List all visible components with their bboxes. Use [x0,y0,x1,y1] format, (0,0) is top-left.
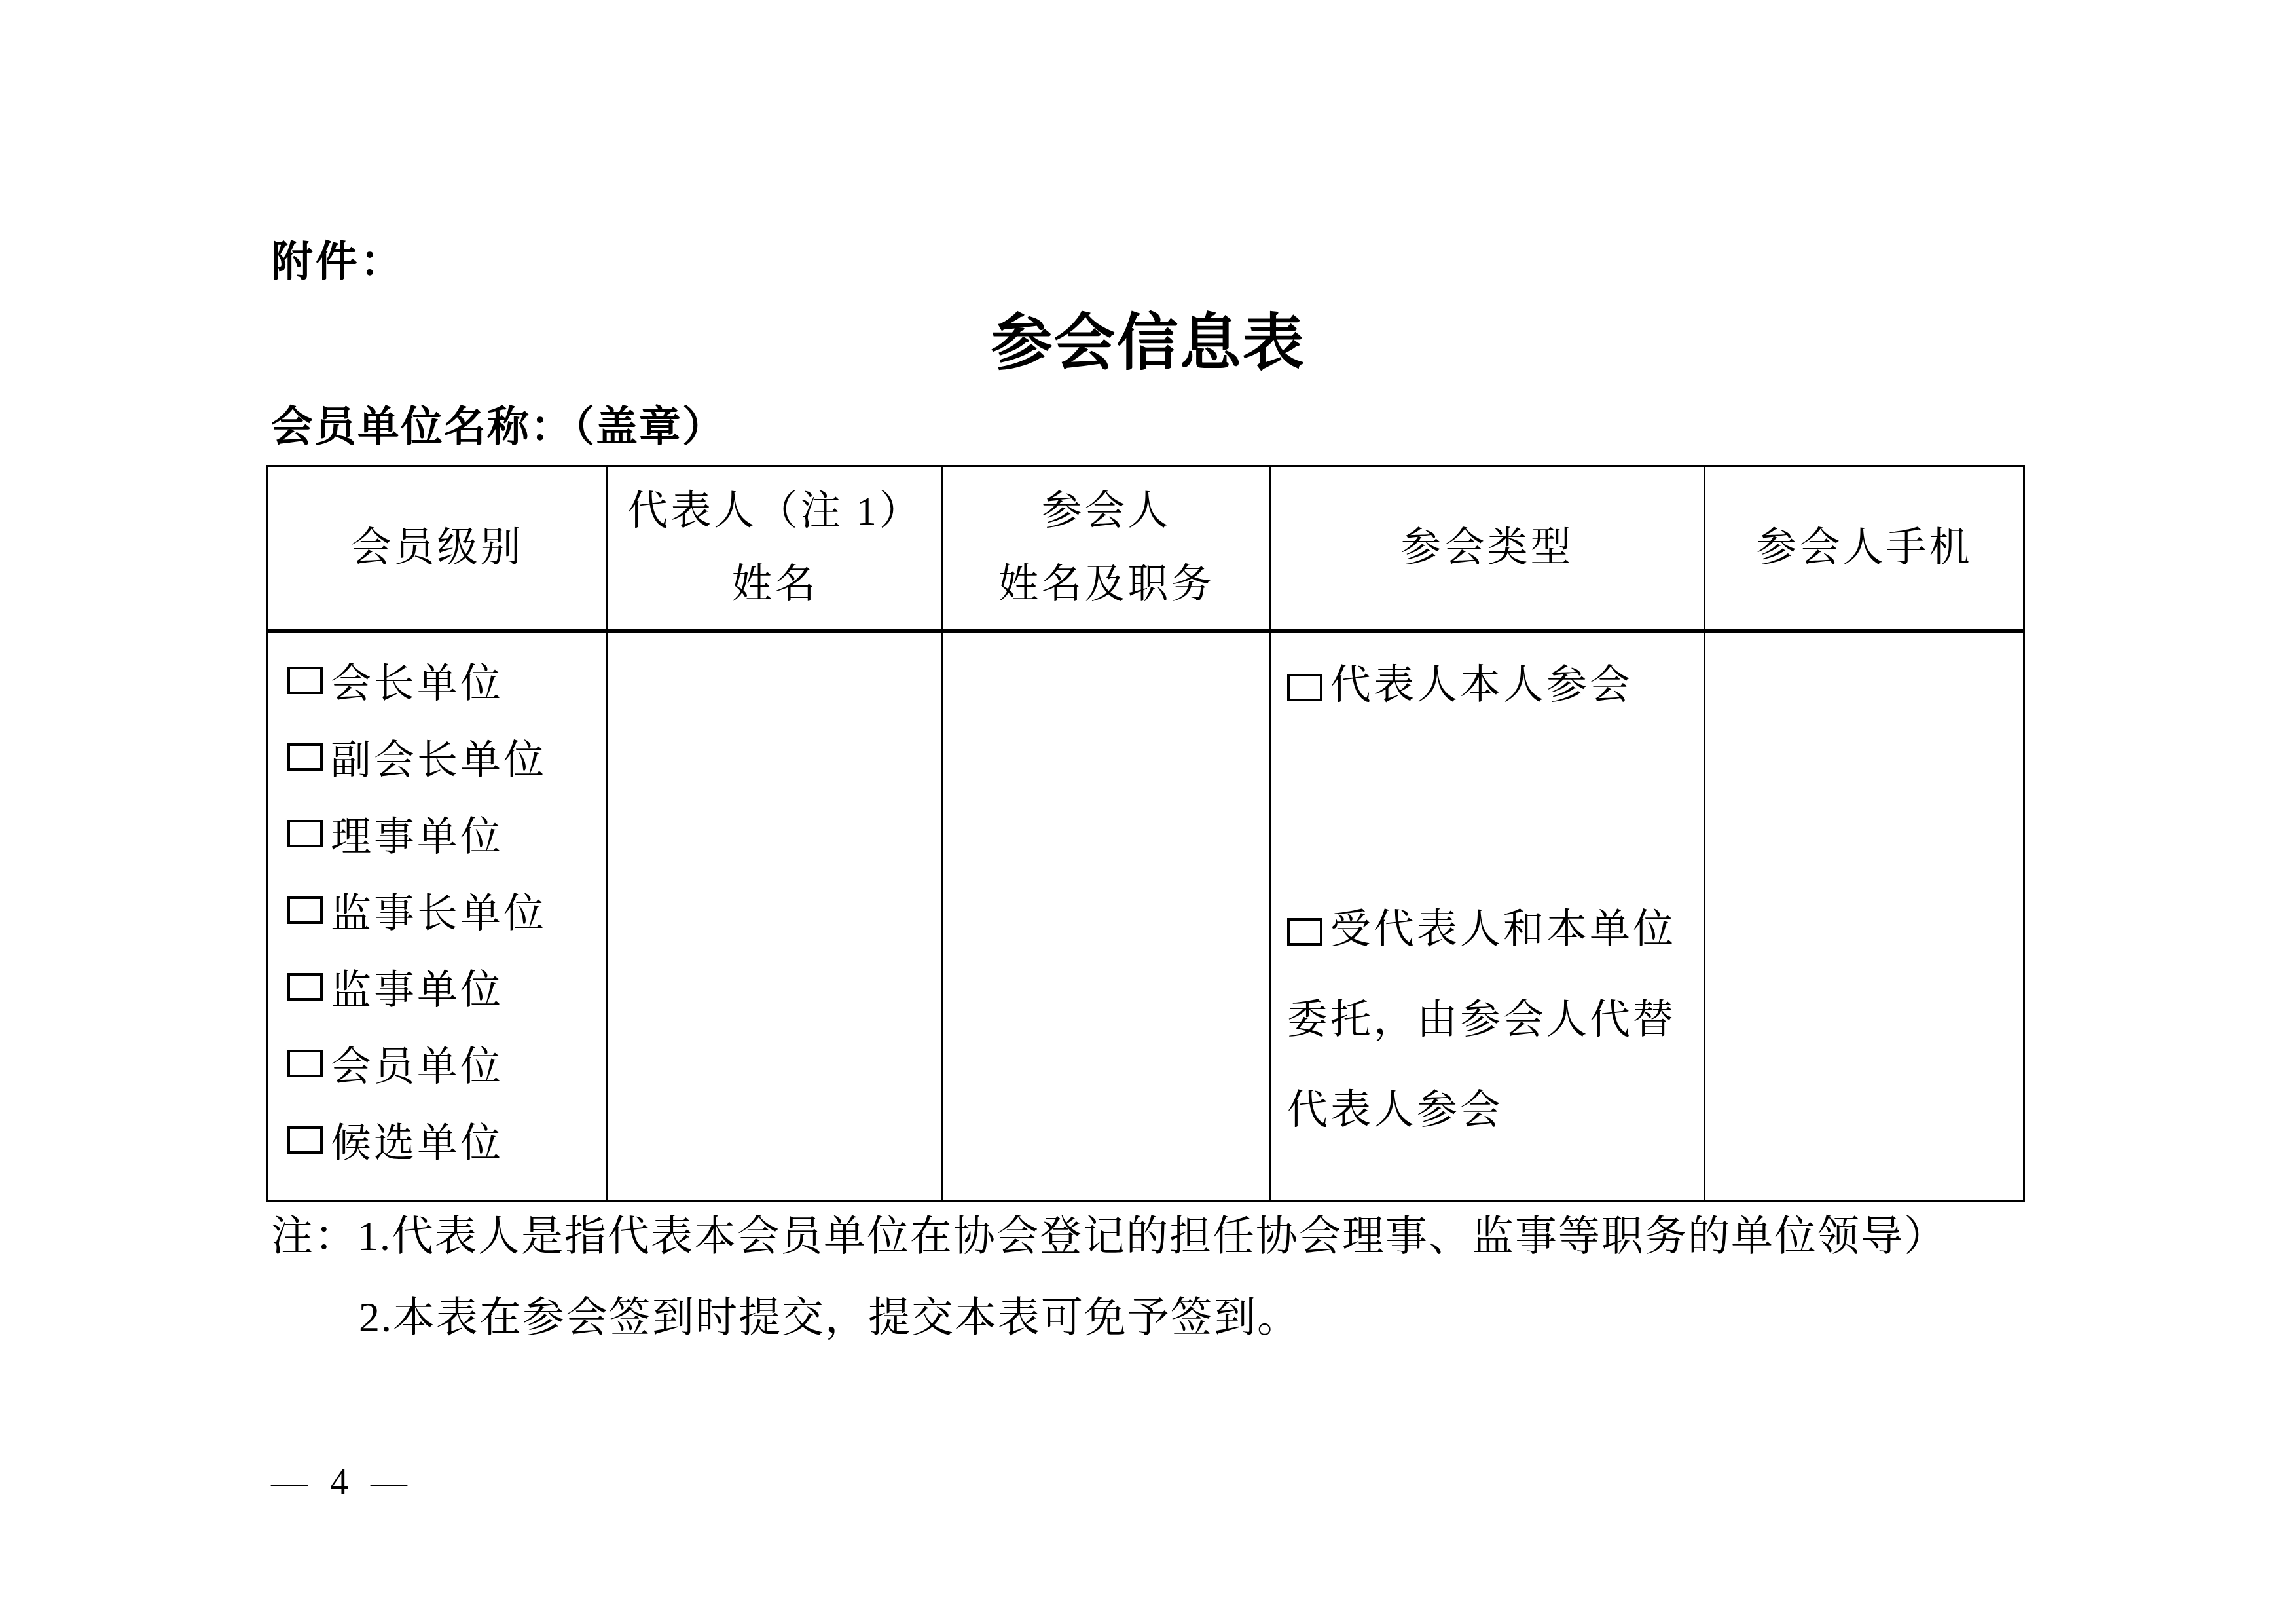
checkbox-icon[interactable] [287,820,323,847]
member-level-label: 会员单位 [331,1034,503,1092]
note-line: 2.本表在参会签到时提交，提交本表可免予签到。 [271,1277,2052,1358]
checkbox-icon[interactable] [287,896,323,924]
member-level-option[interactable]: 理事单位 [287,795,606,872]
checkbox-icon[interactable] [287,973,323,1001]
header-label: 参会类型 [1271,511,1704,585]
member-level-label: 监事单位 [331,957,503,1016]
member-level-label: 候选单位 [331,1111,503,1169]
checkbox-icon[interactable] [287,667,323,694]
page-title: 参会信息表 [0,293,2296,382]
checkbox-icon[interactable] [287,743,323,771]
table-body-row: 会长单位 副会长单位 理事单位 监事长单位 监事单位 [267,631,2024,1201]
attendance-type-label: 委托，由参会人代替 [1287,975,1694,1065]
checkbox-icon[interactable] [287,1050,323,1077]
header-attendee-phone: 参会人手机 [1705,466,2024,631]
member-level-label: 副会长单位 [331,728,547,786]
header-attendance-type: 参会类型 [1270,466,1705,631]
table-header-row: 会员级别 代表人（注 1） 姓名 参会人 姓名及职务 参会类型 参会人手机 [267,466,2024,631]
header-member-level: 会员级别 [267,466,608,631]
header-attendee-name-position: 参会人 姓名及职务 [943,466,1270,631]
attendance-type-label: 代表人本人参会 [1330,663,1633,708]
attendance-form-table: 会员级别 代表人（注 1） 姓名 参会人 姓名及职务 参会类型 参会人手机 会长… [266,465,2025,1202]
page-number: — 4 — [271,1462,414,1504]
member-level-option[interactable]: 监事长单位 [287,872,606,948]
header-representative-name: 代表人（注 1） 姓名 [608,466,943,631]
header-label: 会员级别 [268,511,606,585]
member-level-label: 理事单位 [331,804,503,862]
header-label: 参会人 [943,475,1269,548]
attachment-label: 附件： [271,228,405,288]
header-label: 参会人手机 [1705,511,2023,585]
attendance-type-label: 受代表人和本单位 [1330,908,1676,952]
header-label: 姓名 [608,548,941,621]
document-page: 附件： 参会信息表 会员单位名称：（盖章） 会员级别 代表人（注 1） 姓名 参… [0,0,2296,1624]
member-level-label: 会长单位 [331,651,503,709]
notes-block: 注：1.代表人是指代表本会员单位在协会登记的担任协会理事、监事等职务的单位领导）… [271,1196,2052,1358]
checkbox-icon[interactable] [1287,918,1322,946]
representative-name-cell[interactable] [608,631,943,1201]
member-level-option[interactable]: 监事单位 [287,948,606,1025]
attendance-type-option[interactable]: 代表人本人参会 [1287,640,1694,731]
checkbox-icon[interactable] [287,1126,323,1154]
member-level-option[interactable]: 候选单位 [287,1101,606,1178]
attendance-type-option[interactable]: 受代表人和本单位 委托，由参会人代替 代表人参会 [1287,885,1694,1156]
checkbox-icon[interactable] [1287,674,1322,701]
member-level-option[interactable]: 会长单位 [287,642,606,718]
attendance-type-cell: 代表人本人参会 受代表人和本单位 委托，由参会人代替 代表人参会 [1270,631,1705,1201]
header-label: 姓名及职务 [943,548,1269,621]
member-level-cell: 会长单位 副会长单位 理事单位 监事长单位 监事单位 [267,631,608,1201]
member-level-option[interactable]: 副会长单位 [287,718,606,795]
unit-name-label: 会员单位名称：（盖章） [271,393,725,453]
header-label: 代表人（注 1） [608,475,941,548]
attendee-name-position-cell[interactable] [943,631,1270,1201]
attendee-phone-cell[interactable] [1705,631,2024,1201]
attendance-type-label: 代表人参会 [1287,1065,1694,1156]
member-level-option[interactable]: 会员单位 [287,1025,606,1101]
member-level-label: 监事长单位 [331,881,547,939]
note-line: 注：1.代表人是指代表本会员单位在协会登记的担任协会理事、监事等职务的单位领导） [271,1196,2052,1277]
